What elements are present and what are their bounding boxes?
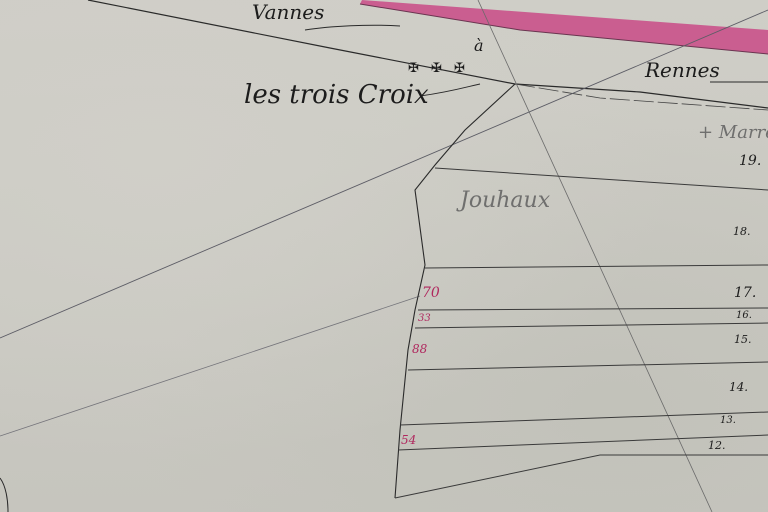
road-label-connector: à — [474, 38, 484, 54]
parcel-number-red: 88 — [412, 343, 427, 355]
owner-partial: + Marre — [698, 124, 768, 142]
place-name: les trois Croix — [244, 82, 429, 108]
parcel-number-red: 33 — [418, 314, 431, 324]
road-label-vannes: Vannes — [252, 2, 324, 22]
parcel-number: 17. — [734, 286, 756, 300]
parcel-number: 13. — [720, 416, 736, 426]
parcel-number: 14. — [729, 381, 748, 393]
parcel-number: 18. — [733, 226, 751, 237]
road-label-rennes: Rennes — [645, 60, 720, 80]
parcel-number-red: 54 — [401, 434, 416, 446]
road-band — [360, 0, 768, 54]
owner-name: Jouhaux — [460, 190, 550, 212]
parcel-number-red: 70 — [422, 286, 440, 300]
cadastral-map: Vannes à Rennes ✠ ✠ ✠ les trois Croix Jo… — [0, 0, 768, 512]
crosses-icon: ✠ ✠ ✠ — [408, 62, 469, 75]
parcel-number: 16. — [736, 311, 752, 321]
parcel-number: 12. — [708, 440, 726, 451]
parcel-number: 19. — [739, 154, 761, 168]
parcel-number: 15. — [734, 334, 752, 345]
